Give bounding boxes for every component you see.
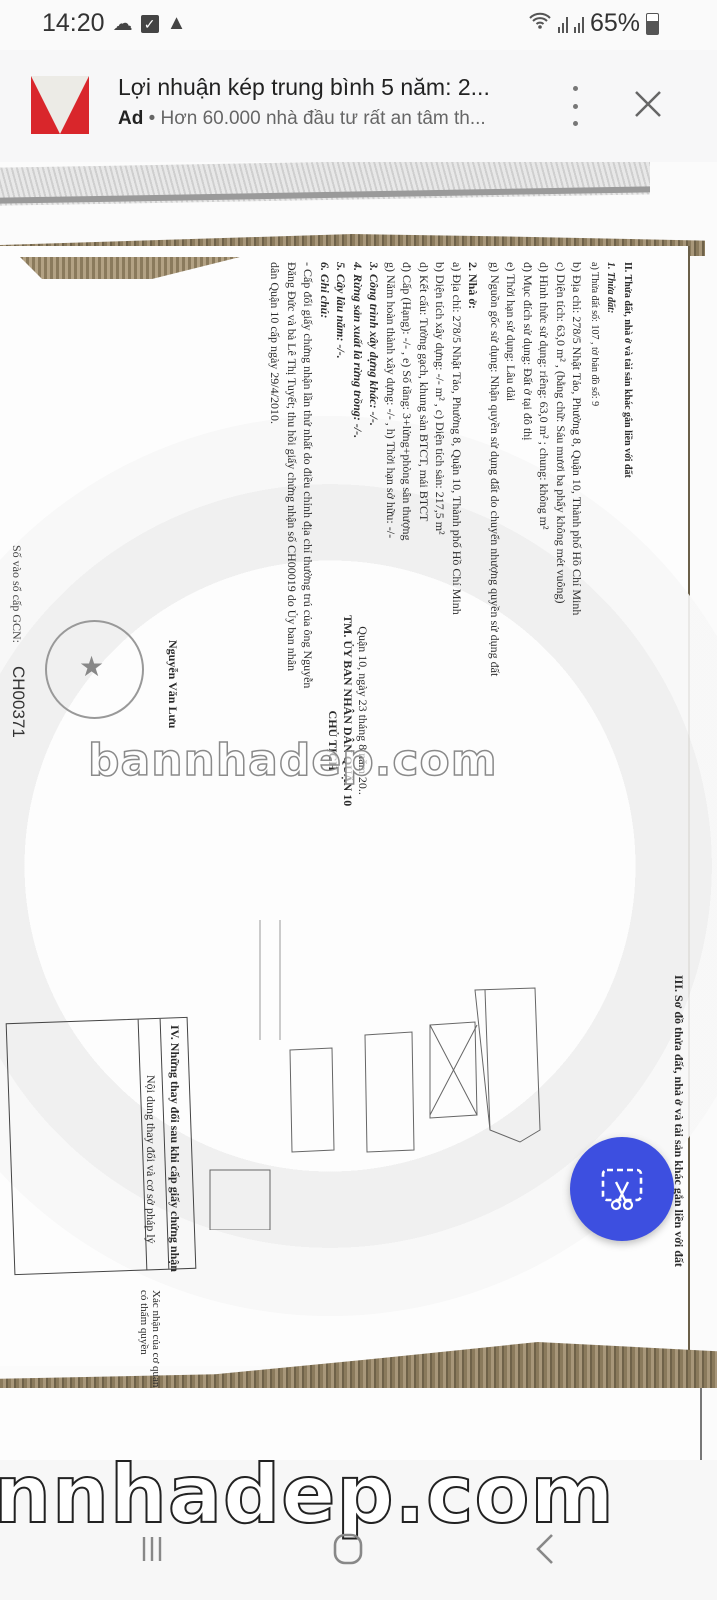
signer-name: Nguyễn Văn Lưu (165, 640, 180, 728)
battery-percent: 65% (590, 9, 640, 38)
land-line: c) Diện tích: 63,0 m² , (bằng chữ: Sáu m… (553, 262, 570, 688)
section-ii: II. Thửa đất, nhà ở và tài sản khác gắn … (267, 262, 635, 688)
land-line: a) Thửa đất số: 107 , tờ bản đồ số: 9 (586, 262, 603, 688)
land-line: d) Hình thức sử dụng: riêng: 63,0 m² ; c… (536, 262, 553, 688)
house-heading: 2. Nhà ở: (465, 262, 482, 688)
ad-separator: • (149, 108, 156, 129)
dot-icon (573, 121, 578, 126)
recent-apps-icon (137, 1534, 167, 1564)
more-options-button[interactable] (565, 86, 585, 126)
warning-icon: ▲ (167, 12, 187, 35)
table-header-confirmation: Xác nhận của cơ quan có thẩm quyền (138, 1290, 162, 1400)
home-icon (331, 1532, 365, 1566)
land-line: b) Địa chỉ: 278/5 Nhật Tảo, Phường 8, Qu… (569, 262, 586, 688)
battery-icon (646, 13, 659, 35)
official-stamp-icon (45, 620, 144, 719)
notes-line: Đăng Đức và bà Lê Thị Tuyết; thu hồi giấ… (284, 262, 301, 688)
home-button[interactable] (318, 1524, 378, 1574)
back-button[interactable] (515, 1524, 575, 1574)
serial-number: Số vào sổ cấp GCN: CH00371 (8, 545, 28, 738)
watermark: bannhadep.com (88, 735, 498, 786)
navigation-bar (0, 1520, 717, 1600)
table-header-changes: Nội dung thay đổi và cơ sở pháp lý (143, 1075, 158, 1244)
back-icon (530, 1532, 560, 1566)
notes-line: - Cấp đổi giấy chứng nhận lần thứ nhất d… (300, 262, 317, 688)
wifi-icon (528, 11, 552, 37)
land-line: g) Nguồn gốc sử dụng: Nhận quyền sử dụng… (487, 262, 504, 688)
house-line: b) Diện tích xây dựng: -/- m² , c) Diện … (432, 262, 449, 688)
screen-capture-scissors-icon (599, 1166, 645, 1212)
house-line: đ) Cấp (Hạng): -/- , e) Số tầng: 3+lửng+… (399, 262, 416, 688)
ad-description: Hơn 60.000 nhà đầu tư rất an tâm th... (161, 108, 486, 129)
section-iv-heading: IV. Những thay đổi sau khi cấp giấy chứn… (167, 1025, 182, 1272)
notes-line: dân Quận 10 cấp ngày 29/4/2010. (267, 262, 284, 688)
section-iii-heading: III. Sơ đồ thửa đất, nhà ở và tài sản kh… (671, 975, 686, 1267)
serial-label: Số vào sổ cấp GCN: (10, 545, 24, 643)
signal-icon (574, 15, 584, 33)
ad-title[interactable]: Lợi nhuận kép trung bình 5 năm: 2... (118, 74, 490, 101)
signal-icon (558, 15, 568, 33)
screen-capture-button[interactable] (570, 1137, 674, 1241)
ad-label: Ad (118, 108, 143, 129)
land-heading: 1. Thửa đất: (602, 262, 619, 688)
ad-banner[interactable]: Lợi nhuận kép trung bình 5 năm: 2... Ad … (0, 50, 717, 162)
house-line: a) Địa chỉ: 278/5 Nhật Tảo, Phường 8, Qu… (449, 262, 466, 688)
house-line: d) Kết cấu: Tường gạch, khung sàn BTCT, … (416, 262, 433, 688)
house-line: g) Năm hoàn thành xây dựng: -/- , h) Thờ… (383, 262, 400, 688)
close-ad-button[interactable] (630, 86, 666, 122)
land-line: đ) Mục đích sử dụng: Đất ở tại đô thị (520, 262, 537, 688)
land-line: e) Thời hạn sử dụng: Lâu dài (503, 262, 520, 688)
dot-icon (573, 104, 578, 109)
clock: 14:20 (42, 9, 105, 38)
status-bar: 14:20 ☁ ✓ ▲ 65% (0, 0, 717, 50)
dot-icon (573, 86, 578, 91)
cloud-sync-icon: ☁ (113, 11, 133, 36)
ad-brand-logo-icon (30, 76, 90, 134)
section-ii-heading: II. Thửa đất, nhà ở và tài sản khác gắn … (619, 262, 636, 688)
checkbox-icon: ✓ (141, 15, 159, 33)
floor-plan-sketch (190, 880, 580, 1230)
ad-subtitle[interactable]: Ad • Hơn 60.000 nhà đầu tư rất an tâm th… (118, 108, 486, 130)
recent-apps-button[interactable] (122, 1524, 182, 1574)
serial-code: CH00371 (9, 666, 28, 738)
